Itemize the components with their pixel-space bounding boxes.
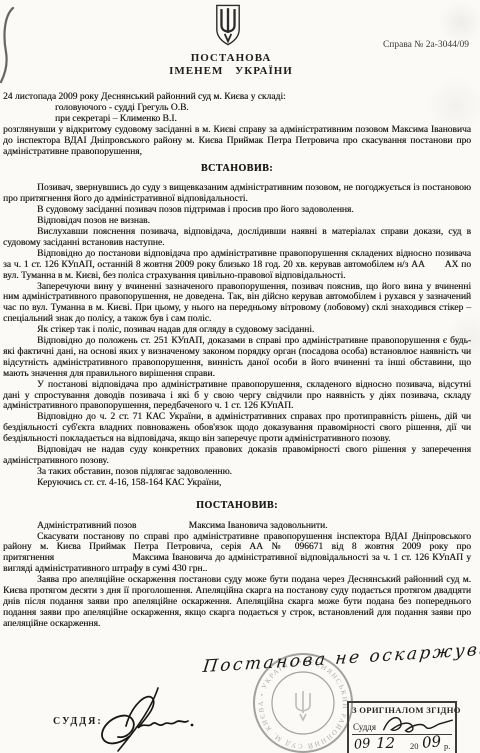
stamp-year-handwritten: 09	[421, 732, 442, 752]
established-heading: ВСТАНОВИВ:	[3, 164, 471, 175]
presiding-judge-line: головуючого - судді Грегуль О.В.	[3, 103, 471, 114]
court-composition-line: 24 листопада 2009 року Деснянський район…	[3, 92, 471, 103]
established-paragraph: Відповідач позов не визнав.	[3, 216, 471, 227]
title-line-1: ПОСТАНОВА	[0, 52, 462, 65]
secretary-line: при секретарі – Клименко В.І.	[3, 114, 471, 125]
established-paragraph: Відповідно до положень ст. 251 КУпАП, до…	[3, 336, 471, 380]
scanned-court-document: Справа № 2а-3044/09 ПОСТАНОВА ІМЕНЕМ УКР…	[0, 0, 480, 753]
seal-center-trident-icon	[296, 691, 310, 720]
stamp-judge-label: Суддя	[353, 722, 376, 732]
established-paragraph: Позивач, звернувшись до суду з вищевказа…	[3, 183, 471, 205]
resolved-paragraph: Скасувати постанову по справі про адміні…	[3, 532, 471, 576]
resolved-paragraph: Заява про апеляційне оскарження постанов…	[3, 575, 471, 630]
case-number: Справа № 2а-3044/09	[383, 40, 469, 50]
established-paragraph: Вислухавши пояснення позивача, відповіда…	[3, 227, 471, 249]
resolved-paragraph: Адміністративний позов Максима Івановича…	[3, 521, 471, 532]
established-paragraph: У постанові відповідача про адміністрати…	[3, 380, 471, 413]
case-intro-paragraph: розглянувши у відкритому судовому засіда…	[3, 125, 471, 158]
stamp-date-month: 12	[376, 734, 395, 752]
title-line-2: ІМЕНЕМ УКРАЇНИ	[0, 65, 462, 78]
established-paragraph: Відповідно до постанови відповідача про …	[3, 249, 471, 282]
document-body: 24 листопада 2009 року Деснянський район…	[3, 92, 471, 630]
ukraine-trident-icon	[214, 4, 242, 46]
established-paragraph: Як стікер так і поліс, позивач надав для…	[3, 325, 471, 336]
established-paragraph: В судовому засіданні позивач позов підтр…	[3, 205, 471, 216]
stamp-year-suffix: р.	[444, 741, 450, 751]
judge-signature-icon	[92, 686, 204, 752]
stamp-date-row: 09 12 20 09 р.	[352, 735, 452, 753]
document-title: ПОСТАНОВА ІМЕНЕМ УКРАЇНИ	[0, 52, 462, 77]
stamp-year-prefix: 20	[410, 741, 419, 751]
established-paragraph: Відповідач не надав суду конкретних прав…	[3, 445, 471, 467]
resolved-heading: ПОСТАНОВИВ:	[3, 501, 471, 512]
established-paragraph: Заперечуючи вину у вчиненні зазначеного …	[3, 282, 471, 326]
established-paragraph: За таких обставин, позов підлягає задово…	[3, 467, 471, 478]
established-paragraph: Відповідно до ч. 2 ст. 71 КАС України, в…	[3, 412, 471, 445]
certification-stamp: З ОРИГІНАЛОМ ЗГІДНО Суддя 09 12 20 09 р.	[347, 701, 457, 753]
established-paragraph: Керуючись ст. ст. 4-16, 158-164 КАС Укра…	[3, 478, 471, 489]
